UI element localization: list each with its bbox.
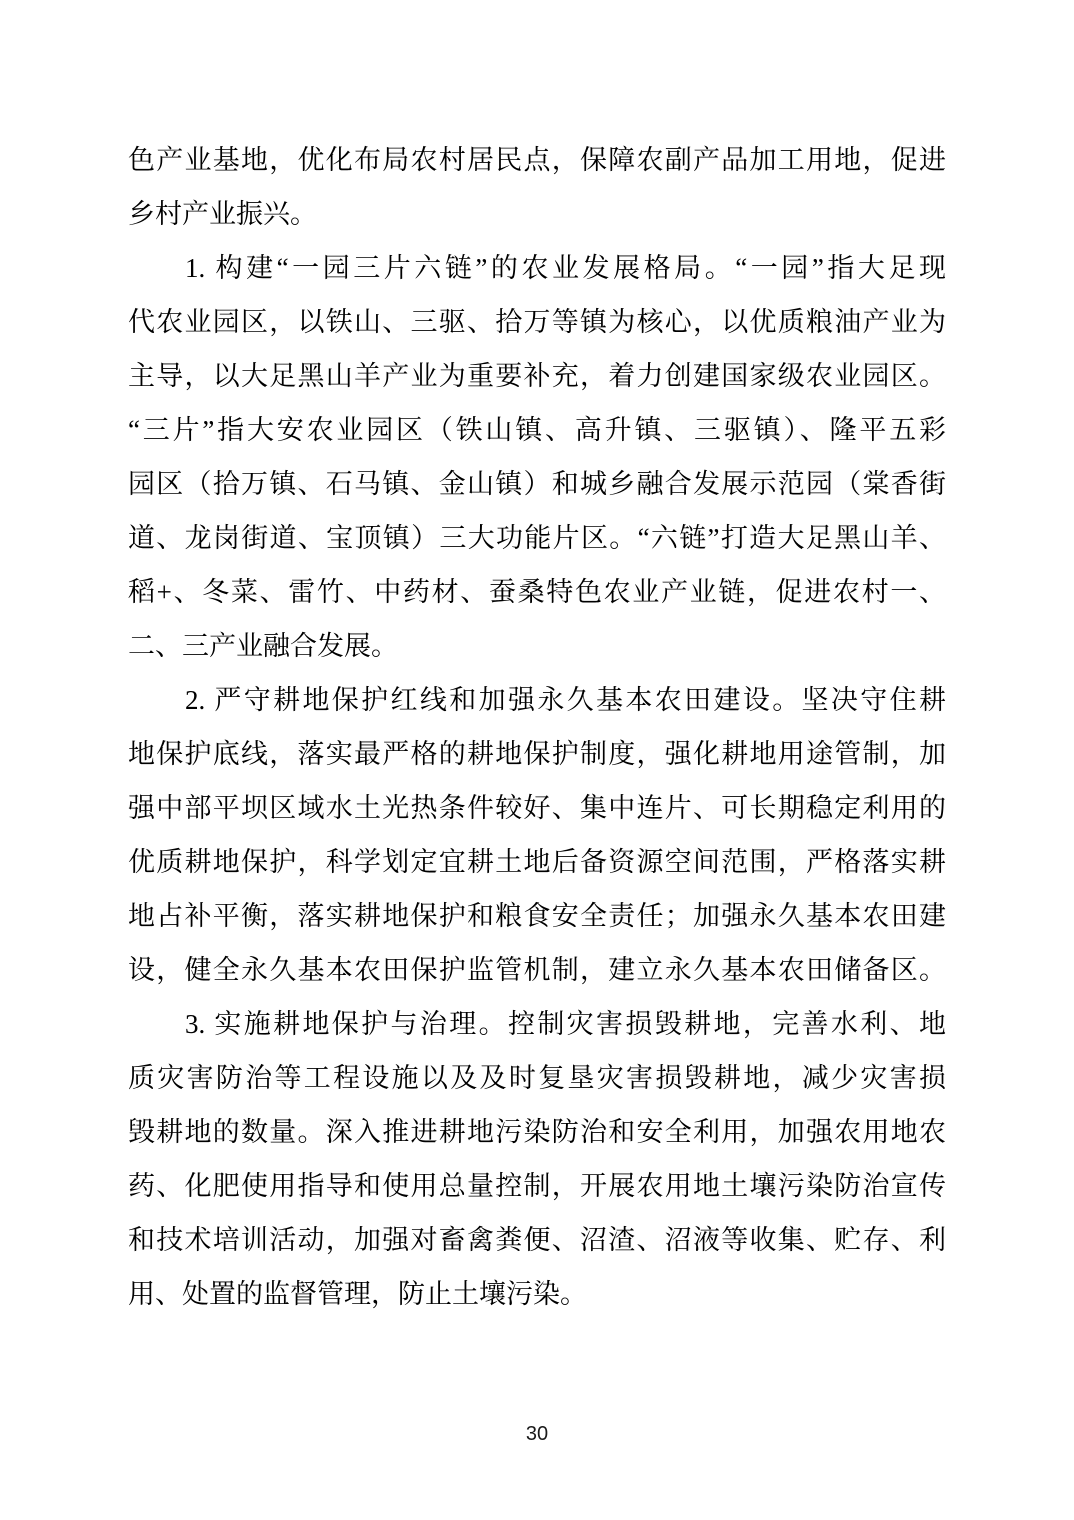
text-line: 地保护底线，落实最严格的耕地保护制度，强化耕地用途管制，加 <box>128 727 946 781</box>
text-line: 2. 严守耕地保护红线和加强永久基本农田建设。坚决守住耕 <box>128 673 946 727</box>
document-body: 色产业基地，优化布局农村居民点，保障农副产品加工用地，促进 乡村产业振兴。 1.… <box>128 133 946 1321</box>
paragraph-item-1: 1. 构建“一园三片六链”的农业发展格局。“一园”指大足现 代农业园区，以铁山、… <box>128 241 946 673</box>
paragraph-item-2: 2. 严守耕地保护红线和加强永久基本农田建设。坚决守住耕 地保护底线，落实最严格… <box>128 673 946 997</box>
text-line: “三片”指大安农业园区（铁山镇、高升镇、三驱镇）、隆平五彩 <box>128 403 946 457</box>
text-line: 园区（拾万镇、石马镇、金山镇）和城乡融合发展示范园（棠香街 <box>128 457 946 511</box>
page-number: 30 <box>0 1422 1074 1446</box>
text-line: 设，健全永久基本农田保护监管机制，建立永久基本农田储备区。 <box>128 943 946 997</box>
text-line: 稻+、冬菜、雷竹、中药材、蚕桑特色农业产业链，促进农村一、 <box>128 565 946 619</box>
text-line: 用、处置的监督管理，防止土壤污染。 <box>128 1267 946 1321</box>
text-line: 乡村产业振兴。 <box>128 187 946 241</box>
text-line: 优质耕地保护，科学划定宜耕土地后备资源空间范围，严格落实耕 <box>128 835 946 889</box>
text-line: 毁耕地的数量。深入推进耕地污染防治和安全利用，加强农用地农 <box>128 1105 946 1159</box>
text-line: 1. 构建“一园三片六链”的农业发展格局。“一园”指大足现 <box>128 241 946 295</box>
text-line: 地占补平衡，落实耕地保护和粮食安全责任；加强永久基本农田建 <box>128 889 946 943</box>
text-line: 二、三产业融合发展。 <box>128 619 946 673</box>
text-line: 药、化肥使用指导和使用总量控制，开展农用地土壤污染防治宣传 <box>128 1159 946 1213</box>
text-line: 3. 实施耕地保护与治理。控制灾害损毁耕地，完善水利、地 <box>128 997 946 1051</box>
paragraph-item-3: 3. 实施耕地保护与治理。控制灾害损毁耕地，完善水利、地 质灾害防治等工程设施以… <box>128 997 946 1321</box>
paragraph-continuation: 色产业基地，优化布局农村居民点，保障农副产品加工用地，促进 乡村产业振兴。 <box>128 133 946 241</box>
text-line: 代农业园区，以铁山、三驱、拾万等镇为核心，以优质粮油产业为 <box>128 295 946 349</box>
text-line: 色产业基地，优化布局农村居民点，保障农副产品加工用地，促进 <box>128 133 946 187</box>
document-page: 色产业基地，优化布局农村居民点，保障农副产品加工用地，促进 乡村产业振兴。 1.… <box>0 0 1074 1520</box>
text-line: 质灾害防治等工程设施以及及时复垦灾害损毁耕地，减少灾害损 <box>128 1051 946 1105</box>
text-line: 道、龙岗街道、宝顶镇）三大功能片区。“六链”打造大足黑山羊、 <box>128 511 946 565</box>
text-line: 强中部平坝区域水土光热条件较好、集中连片、可长期稳定利用的 <box>128 781 946 835</box>
text-line: 和技术培训活动，加强对畜禽粪便、沼渣、沼液等收集、贮存、利 <box>128 1213 946 1267</box>
text-line: 主导，以大足黑山羊产业为重要补充，着力创建国家级农业园区。 <box>128 349 946 403</box>
